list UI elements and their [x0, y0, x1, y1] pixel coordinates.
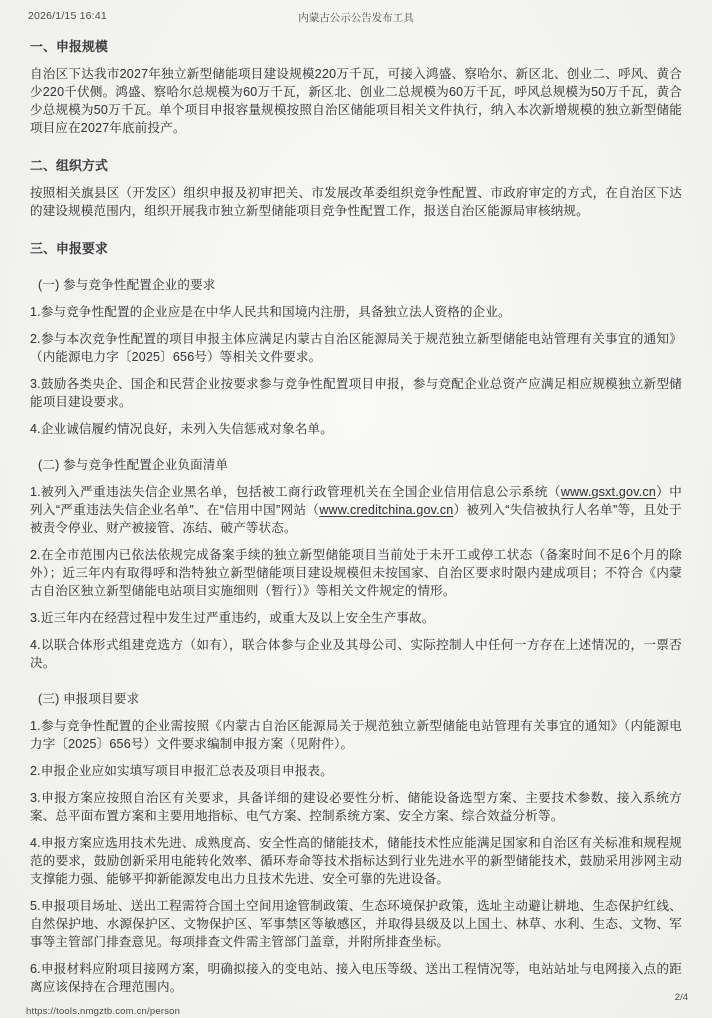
list-item: 3.申报方案应按照自治区有关要求，具备详细的建设必要性分析、储能设备选型方案、主…	[30, 789, 682, 825]
list-item: 3.鼓励各类央企、国企和民营企业按要求参与竞争性配置项目申报，参与竞配企业总资产…	[30, 375, 682, 411]
section-1-paragraph: 自治区下达我市2027年独立新型储能项目建设规模220万千瓦，可接入鸿盛、察哈尔…	[30, 65, 682, 137]
list-item: 2.参与本次竞争性配置的项目申报主体应满足内蒙古自治区能源局关于规范独立新型储能…	[30, 330, 682, 366]
list-item: 4.以联合体形式组建竞选方（如有），联合体参与企业及其母公司、实际控制人中任何一…	[30, 636, 682, 672]
section-heading-1: 一、申报规模	[30, 38, 682, 56]
print-header: 2026/1/15 16:41 内蒙古公示公告发布工具	[28, 10, 684, 26]
subsection-heading-2: (二) 参与竞争性配置企业负面清单	[30, 456, 682, 474]
list-item: 2.在全市范围内已依法依规完成备案手续的独立新型储能项目当前处于未开工或停工状态…	[30, 546, 682, 600]
subsection-heading-1: (一) 参与竞争性配置企业的要求	[30, 276, 682, 294]
section-2-paragraph: 按照相关旗县区（开发区）组织申报及初审把关、市发展改革委组织竞争性配置、市政府审…	[30, 184, 682, 220]
print-header-title: 内蒙古公示公告发布工具	[298, 10, 414, 25]
section-heading-3: 三、申报要求	[30, 240, 682, 258]
subsection-heading-3: (三) 申报项目要求	[30, 690, 682, 708]
print-footer-url: https://tools.nmgztb.com.cn/person	[26, 1006, 180, 1017]
list-item: 1.参与竞争性配置的企业应是在中华人民共和国境内注册，具备独立法人资格的企业。	[30, 303, 682, 321]
list-item: 4.企业诚信履约情况良好，未列入失信惩戒对象名单。	[30, 420, 682, 438]
creditchina-link: www.creditchina.gov.cn	[319, 503, 453, 517]
list-item: 4.申报方案应选用技术先进、成熟度高、安全性高的储能技术，储能技术性应能满足国家…	[30, 834, 682, 888]
print-page-number: 2/4	[675, 992, 688, 1003]
gsxt-link: www.gsxt.gov.cn	[561, 485, 656, 499]
list-item-with-links: 1.被列入严重违法失信企业黑名单，包括被工商行政管理机关在全国企业信用信息公示系…	[30, 483, 682, 537]
negative-list-text-1: 1.被列入严重违法失信企业黑名单，包括被工商行政管理机关在全国企业信用信息公示系…	[30, 485, 561, 499]
printed-document-page: { "header": { "datetime": "2026/1/15 16:…	[0, 0, 712, 1018]
list-item: 6.申报材料应附项目接网方案，明确拟接入的变电站、接入电压等级、送出工程情况等，…	[30, 960, 682, 996]
list-item: 1.参与竞争性配置的企业需按照《内蒙古自治区能源局关于规范独立新型储能电站管理有…	[30, 717, 682, 753]
list-item: 2.申报企业应如实填写项目申报汇总表及项目申报表。	[30, 762, 682, 780]
list-item: 3.近三年内在经营过程中发生过严重违约，或重大及以上安全生产事故。	[30, 609, 682, 627]
document-body: 一、申报规模 自治区下达我市2027年独立新型储能项目建设规模220万千瓦，可接…	[30, 36, 682, 996]
list-item: 5.申报项目场址、送出工程需符合国土空间用途管制政策、生态环境保护政策，选址主动…	[30, 897, 682, 951]
section-heading-2: 二、组织方式	[30, 157, 682, 175]
print-header-datetime: 2026/1/15 16:41	[28, 10, 107, 22]
